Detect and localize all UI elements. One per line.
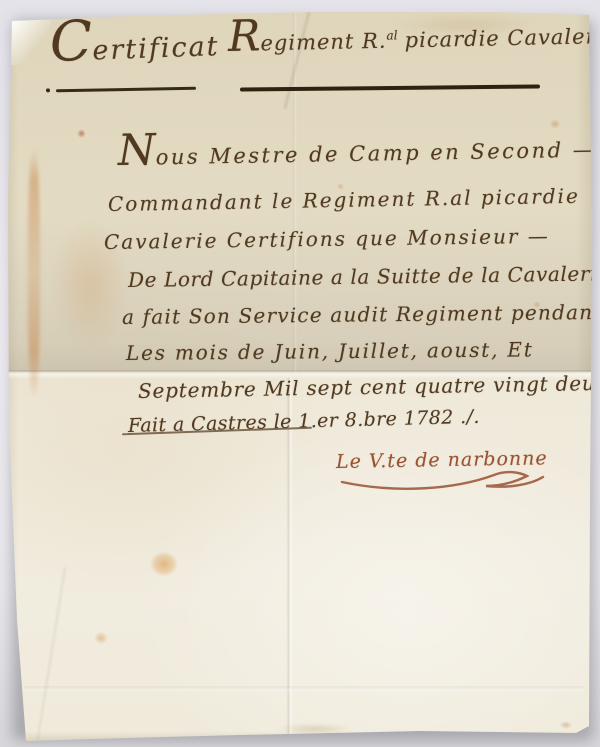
stain-spot — [76, 128, 87, 139]
stain-spot — [558, 720, 574, 730]
document-title: Certificat — [49, 22, 220, 68]
document-paper: Certificat Regiment R.alpicardie Cavaler… — [0, 0, 600, 747]
manuscript-line: a fait Son Service audit Regiment pendan… — [122, 300, 600, 329]
regiment-header-superscript: al — [386, 28, 397, 42]
stain-spot — [92, 630, 110, 646]
stain-spot — [270, 724, 360, 734]
stain-spot — [146, 548, 182, 580]
stain-fold-line — [28, 150, 40, 395]
photo-backdrop: Certificat Regiment R.alpicardie Cavaler… — [0, 0, 600, 747]
bottom-horizontal-crease — [24, 686, 584, 691]
stain-spot — [548, 118, 562, 130]
regiment-header-rest: picardie Cavalerie — [404, 24, 600, 52]
signature-flourish-icon — [338, 462, 548, 502]
bottom-left-diagonal-crease — [36, 567, 66, 745]
manuscript-line: Les mois de Juin, Juillet, aoust, Et — [126, 337, 534, 365]
regiment-header-prefix: Regiment R. — [228, 29, 387, 56]
